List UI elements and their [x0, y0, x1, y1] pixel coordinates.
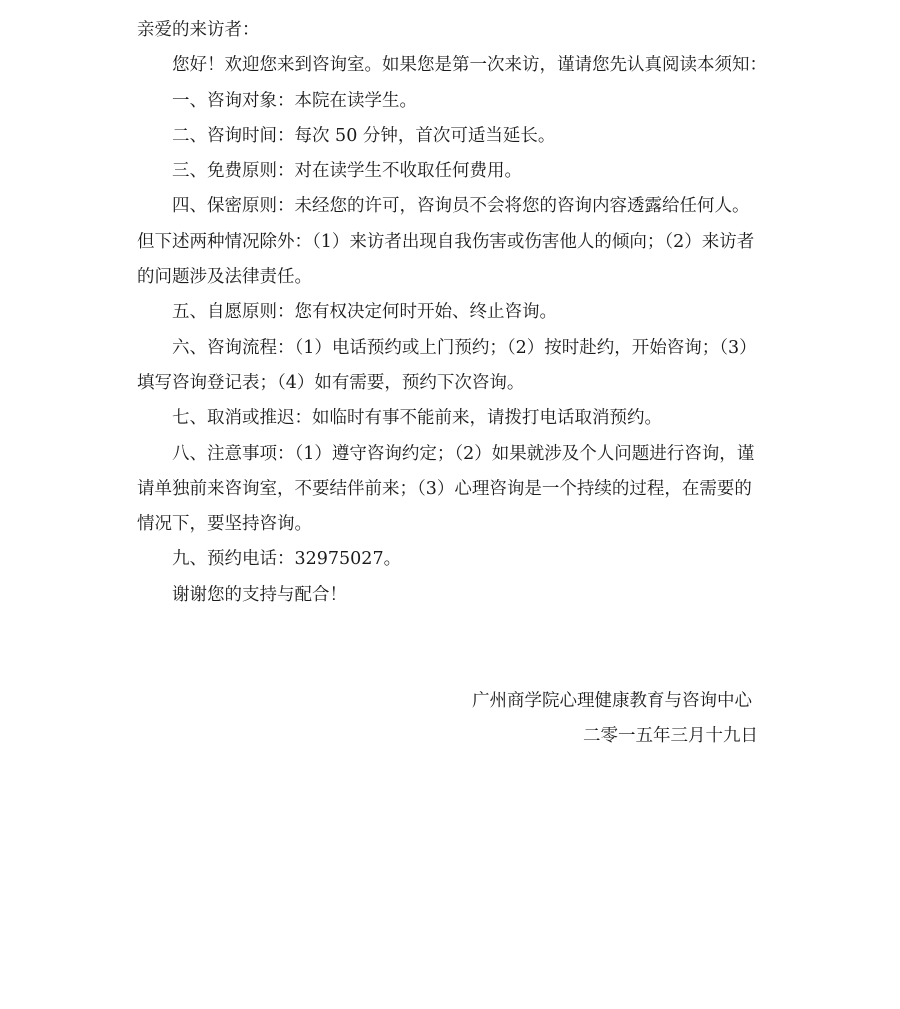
intro-line: 您好！欢迎您来到咨询室。如果您是第一次来访，谨请您先认真阅读本须知： — [137, 48, 772, 83]
item-6-cont-line: 填写咨询登记表；（4）如有需要，预约下次咨询。 — [137, 366, 772, 401]
item-7-line: 七、取消或推迟：如临时有事不能前来，请拨打电话取消预约。 — [137, 401, 772, 436]
item-4-cont-line2: 的问题涉及法律责任。 — [137, 260, 772, 295]
signature-organization: 广州商学院心理健康教育与咨询中心 — [137, 684, 772, 719]
signature-date: 二零一五年三月十九日 — [137, 719, 772, 754]
item-3-line: 三、免费原则：对在读学生不收取任何费用。 — [137, 154, 772, 189]
signature-block: 广州商学院心理健康教育与咨询中心 二零一五年三月十九日 — [137, 684, 772, 755]
item-4-cont-line: 但下述两种情况除外：（1）来访者出现自我伤害或伤害他人的倾向；（2）来访者 — [137, 225, 772, 260]
item-6-line: 六、咨询流程：（1）电话预约或上门预约；（2）按时赴约，开始咨询；（3） — [137, 331, 772, 366]
item-9-line: 九、预约电话：32975027。 — [137, 542, 772, 577]
item-8-line: 八、注意事项：（1）遵守咨询约定；（2）如果就涉及个人问题进行咨询，谨 — [137, 437, 772, 472]
item-5-line: 五、自愿原则：您有权决定何时开始、终止咨询。 — [137, 295, 772, 330]
document-page: 亲爱的来访者： 您好！欢迎您来到咨询室。如果您是第一次来访，谨请您先认真阅读本须… — [0, 0, 900, 1009]
item-8-cont-line: 请单独前来咨询室，不要结伴前来；（3）心理咨询是一个持续的过程，在需要的 — [137, 472, 772, 507]
document-body: 亲爱的来访者： 您好！欢迎您来到咨询室。如果您是第一次来访，谨请您先认真阅读本须… — [0, 0, 900, 755]
item-4-line: 四、保密原则：未经您的许可，咨询员不会将您的咨询内容透露给任何人。 — [137, 189, 772, 224]
item-8-cont-line2: 情况下，要坚持咨询。 — [137, 507, 772, 542]
item-2-line: 二、咨询时间：每次 50 分钟，首次可适当延长。 — [137, 119, 772, 154]
salutation-line: 亲爱的来访者： — [137, 13, 772, 48]
item-1-line: 一、咨询对象：本院在读学生。 — [137, 84, 772, 119]
closing-line: 谢谢您的支持与配合！ — [137, 578, 772, 613]
